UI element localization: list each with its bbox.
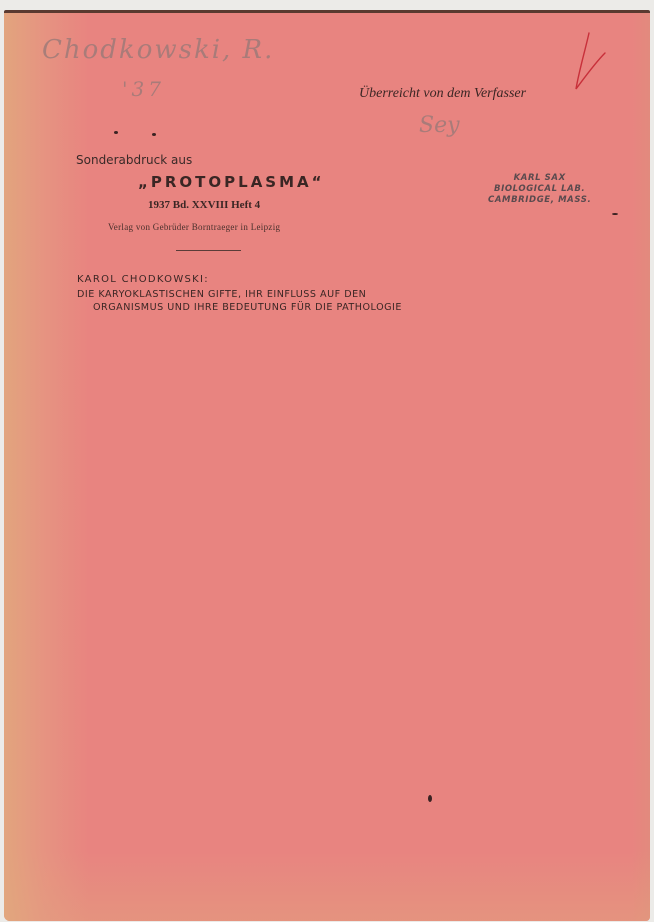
offprint-label: Sonderabdruck aus: [76, 153, 192, 167]
ink-speck: [612, 213, 618, 215]
divider-rule: [176, 250, 241, 251]
offprint-cover-page: Chodkowski, R. '37 Überreicht von dem Ve…: [4, 10, 650, 921]
ink-speck: [428, 795, 432, 802]
article-title-line: ORGANISMUS UND IHRE BEDEUTUNG FÜR DIE PA…: [93, 302, 402, 313]
handwritten-author-name: Chodkowski, R.: [42, 35, 274, 65]
article-title-line: DIE KARYOKLASTISCHEN GIFTE, IHR EINFLUSS…: [77, 289, 366, 300]
pencil-initials: Sey: [419, 113, 460, 138]
stamp-line: CAMBRIDGE, MASS.: [488, 195, 591, 206]
red-check-mark-icon: [567, 31, 607, 91]
library-stamp: KARL SAX BIOLOGICAL LAB. CAMBRIDGE, MASS…: [488, 173, 591, 206]
journal-volume: 1937 Bd. XXVIII Heft 4: [148, 199, 260, 211]
handwritten-year-note: '37: [122, 77, 165, 101]
publisher-line: Verlag von Gebrüder Borntraeger in Leipz…: [108, 222, 280, 232]
ink-speck: [152, 133, 156, 136]
stamp-line: BIOLOGICAL LAB.: [488, 184, 591, 195]
presented-by-author-note: Überreicht von dem Verfasser: [359, 86, 526, 102]
stamp-line: KARL SAX: [488, 173, 591, 184]
article-author: KAROL CHODKOWSKI:: [77, 274, 209, 285]
journal-title: „PROTOPLASMA“: [138, 173, 325, 191]
ink-speck: [114, 131, 118, 134]
